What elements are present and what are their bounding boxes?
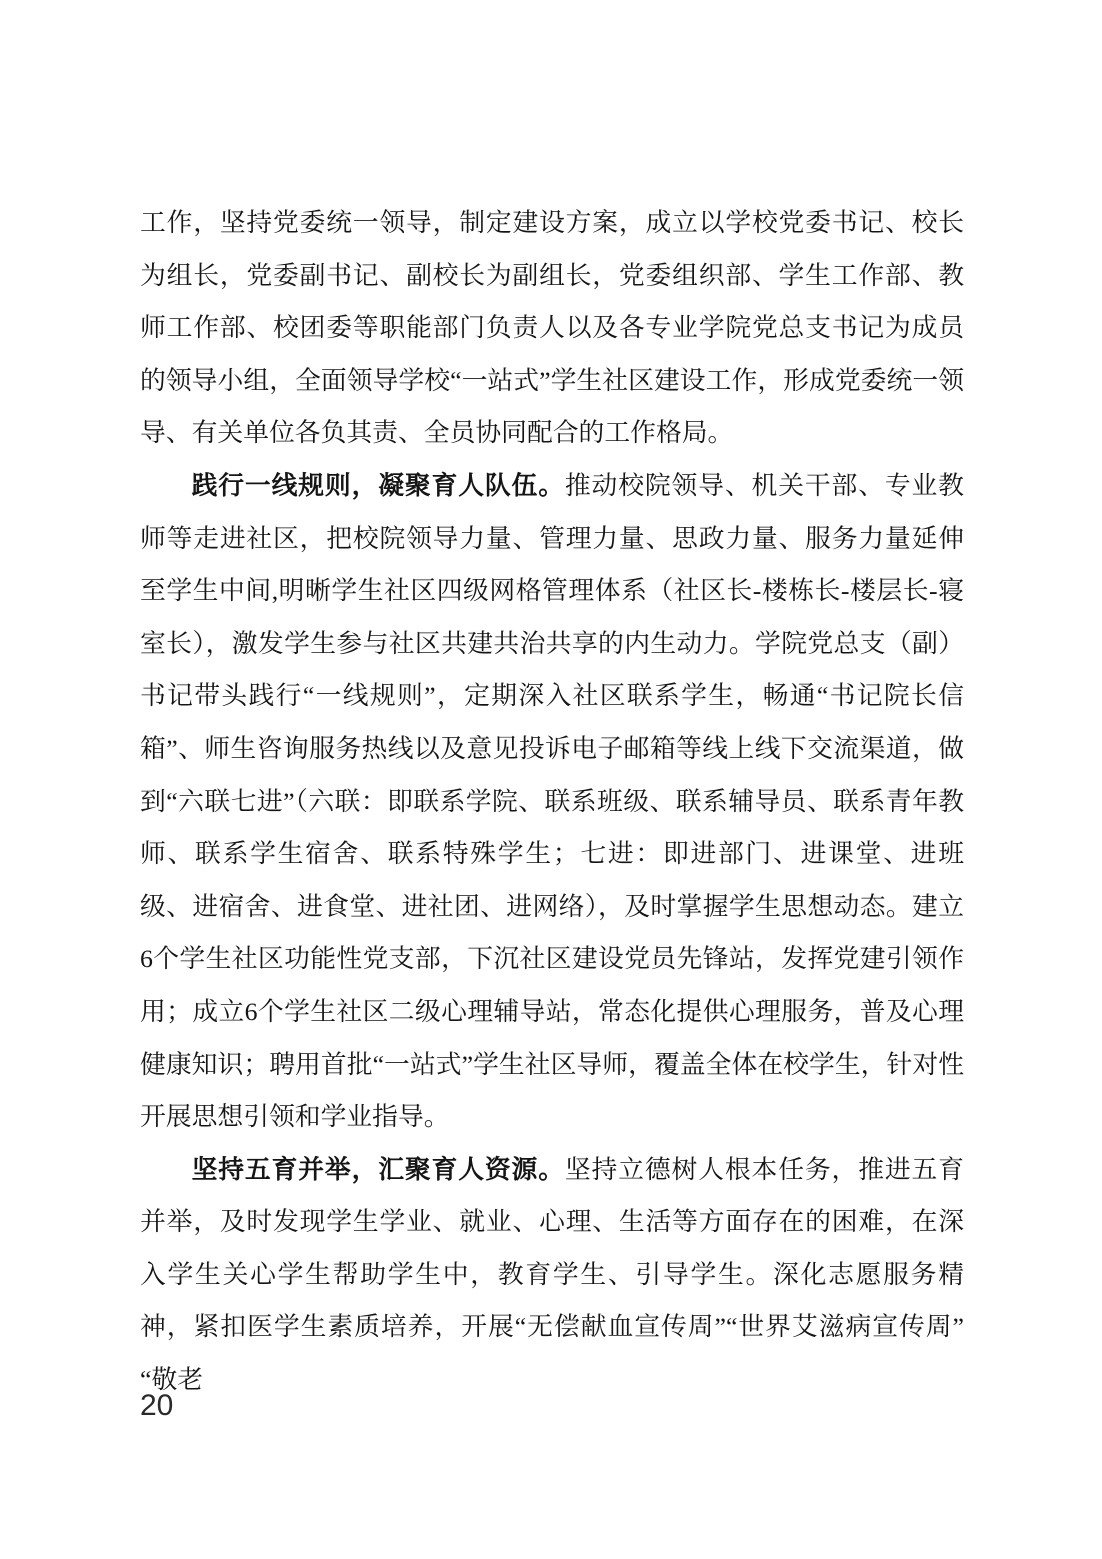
- paragraph-frontline-rules: 践行一线规则，凝聚育人队伍。推动校院领导、机关干部、专业教师等走进社区，把校院领…: [140, 460, 964, 1144]
- page-number: 20: [140, 1388, 173, 1424]
- paragraph-text: 坚持立德树人根本任务，推进五育并举，及时发现学生学业、就业、心理、生活等方面存在…: [140, 1155, 964, 1394]
- document-body: 工作，坚持党委统一领导，制定建设方案，成立以学校党委书记、校长为组长，党委副书记…: [140, 197, 964, 1407]
- paragraph-lead: 践行一线规则，凝聚育人队伍。: [192, 471, 565, 500]
- document-page: 工作，坚持党委统一领导，制定建设方案，成立以学校党委书记、校长为组长，党委副书记…: [0, 0, 1102, 1559]
- paragraph-text: 推动校院领导、机关干部、专业教师等走进社区，把校院领导力量、管理力量、思政力量、…: [140, 471, 964, 1131]
- paragraph-continuation: 工作，坚持党委统一领导，制定建设方案，成立以学校党委书记、校长为组长，党委副书记…: [140, 197, 964, 460]
- paragraph-text: 工作，坚持党委统一领导，制定建设方案，成立以学校党委书记、校长为组长，党委副书记…: [140, 208, 964, 447]
- paragraph-five-educations: 坚持五育并举，汇聚育人资源。坚持立德树人根本任务，推进五育并举，及时发现学生学业…: [140, 1144, 964, 1407]
- paragraph-lead: 坚持五育并举，汇聚育人资源。: [192, 1155, 565, 1184]
